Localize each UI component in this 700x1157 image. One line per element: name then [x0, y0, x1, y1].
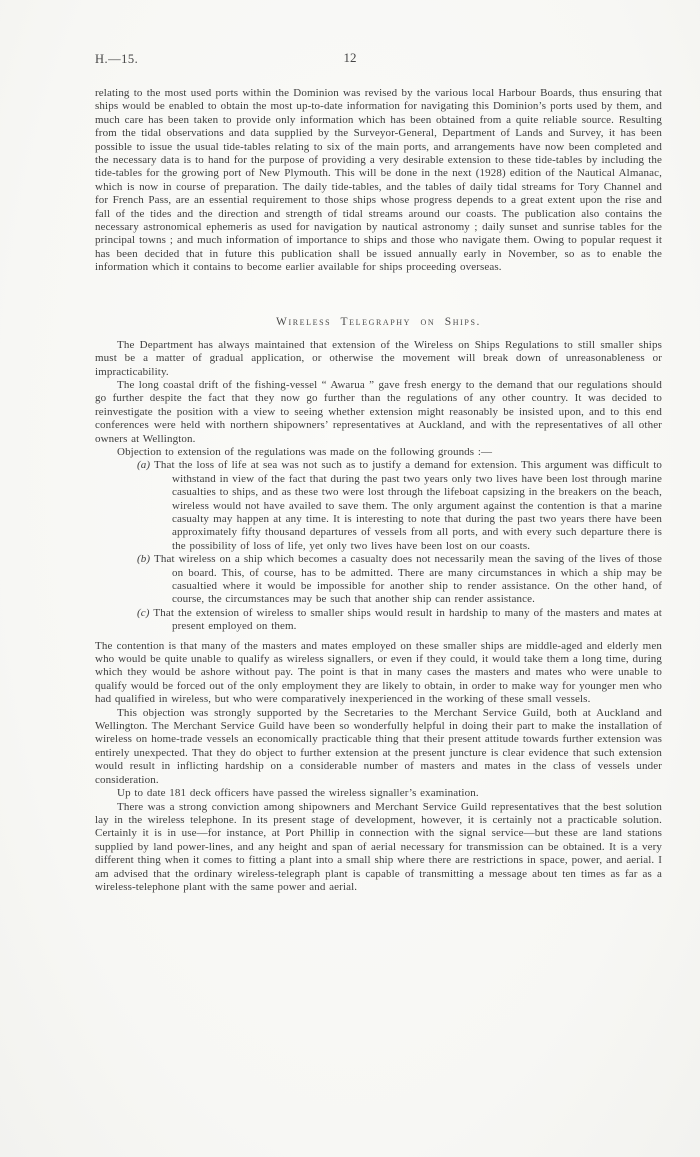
- paragraph-contention: The contention is that many of the maste…: [95, 640, 662, 707]
- paragraph-department-position: The Department has always maintained tha…: [95, 339, 662, 379]
- paragraph-merchant-service-guild: This objection was strongly supported by…: [95, 707, 662, 787]
- ground-label-a: (a): [137, 459, 150, 471]
- document-page: H.—15. 12 relating to the most used port…: [0, 0, 700, 1157]
- ground-item-b: (b) That wireless on a ship which become…: [137, 553, 662, 607]
- ground-text-b: That wireless on a ship which becomes a …: [154, 553, 662, 605]
- paragraph-awarua-drift: The long coastal drift of the fishing-ve…: [95, 379, 662, 446]
- page-body: relating to the most used ports within t…: [95, 87, 662, 894]
- paragraph-grounds-intro: Objection to extension of the regulation…: [95, 446, 662, 459]
- paragraph-deck-officers: Up to date 181 deck officers have passed…: [95, 787, 662, 800]
- ground-label-b: (b): [137, 553, 150, 565]
- page-number: 12: [0, 50, 700, 66]
- ground-item-c: (c) That the extension of wireless to sm…: [137, 607, 662, 634]
- ground-text-a: That the loss of life at sea was not suc…: [154, 459, 662, 551]
- paragraph-wireless-telephone: There was a strong conviction among ship…: [95, 801, 662, 895]
- section-heading-wireless-telegraphy: Wireless Telegraphy on Ships.: [95, 316, 662, 328]
- paragraph-tide-tables: relating to the most used ports within t…: [95, 87, 662, 275]
- grounds-list: (a) That the loss of life at sea was not…: [95, 459, 662, 633]
- ground-text-c: That the extension of wireless to smalle…: [153, 607, 662, 632]
- ground-label-c: (c): [137, 607, 150, 619]
- ground-item-a: (a) That the loss of life at sea was not…: [137, 459, 662, 553]
